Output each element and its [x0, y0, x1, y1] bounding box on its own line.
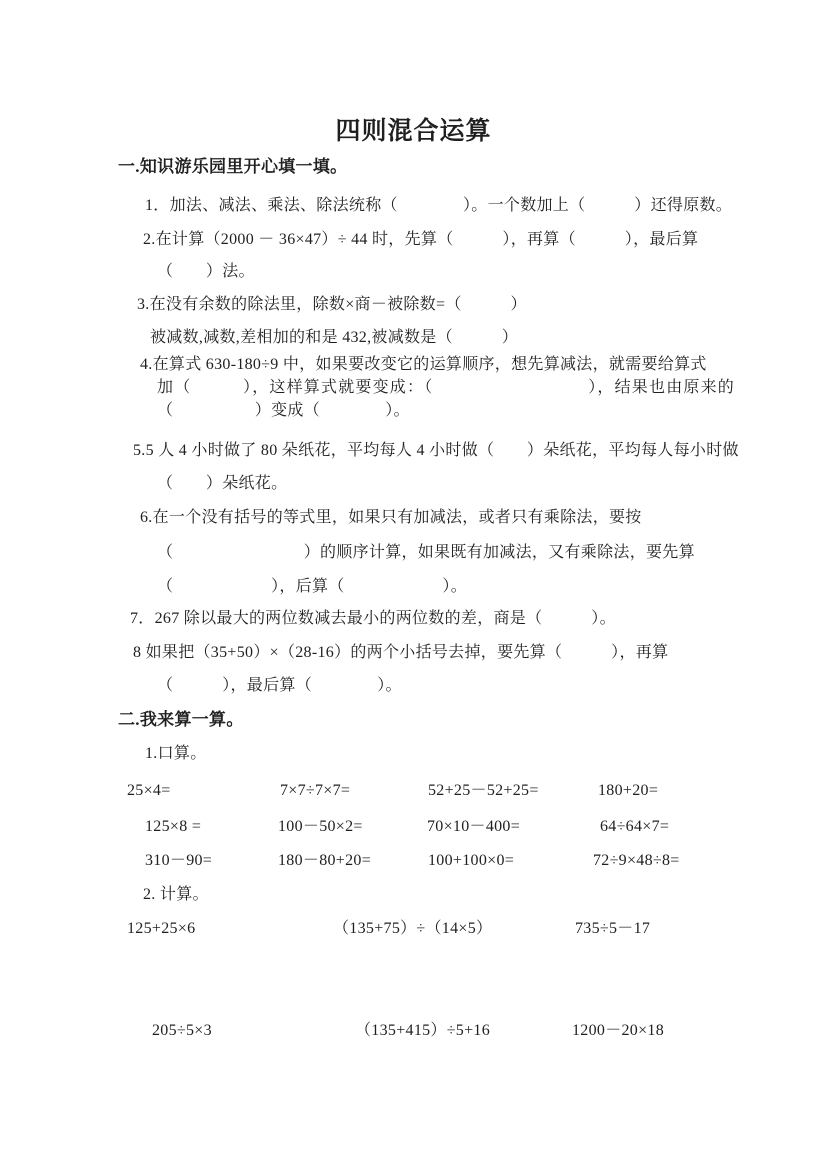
oral-problem: 25×4=	[127, 781, 171, 801]
fill-item-4-line-1: 4.在算式 630-180÷9 中，如果要改变它的运算顺序，想先算减法，就需要给…	[140, 355, 707, 375]
calc-problem: （135+75）÷（14×5）	[333, 919, 492, 939]
oral-problem: 100+100×0=	[428, 851, 514, 871]
calc-problem: 205÷5×3	[152, 1021, 212, 1041]
fill-item-1: 1．加法、减法、乘法、除法统称（ ）。一个数加上（ ）还得原数。	[145, 196, 732, 216]
section1-heading: 一.知识游乐园里开心填一填。	[118, 157, 347, 177]
oral-problem: 180+20=	[598, 781, 658, 801]
worksheet-page: 四则混合运算 一.知识游乐园里开心填一填。 1．加法、减法、乘法、除法统称（ ）…	[0, 0, 827, 1169]
fill-item-7: 7．267 除以最大的两位数减去最小的两位数的差，商是（ ）。	[130, 609, 616, 629]
calc-problem: （135+415）÷5+16	[355, 1021, 490, 1041]
fill-item-6-line-3: （ ），后算（ ）。	[157, 577, 467, 597]
fill-item-2-line-2: （ ）法。	[157, 262, 255, 282]
fill-item-2-line-1: 2.在计算（2000 － 36×47）÷ 44 时，先算（ ），再算（ ），最后…	[143, 230, 698, 250]
fill-item-5-line-2: （ ）朵纸花。	[157, 474, 287, 494]
oral-calc-label: 1.口算。	[145, 744, 207, 764]
fill-item-3-line-1: 3.在没有余数的除法里，除数×商－被除数=（ ）	[137, 295, 527, 315]
oral-problem: 72÷9×48÷8=	[593, 851, 680, 871]
section2-heading: 二.我来算一算。	[118, 710, 244, 730]
fill-item-5-line-1: 5.5 人 4 小时做了 80 朵纸花，平均每人 4 小时做（ ）朵纸花，平均每…	[133, 441, 739, 461]
calc-problem: 1200－20×18	[572, 1021, 664, 1041]
oral-problem: 52+25－52+25=	[428, 781, 539, 801]
oral-problem: 7×7÷7×7=	[280, 781, 350, 801]
calc-problem: 735÷5－17	[575, 919, 650, 939]
page-title: 四则混合运算	[0, 111, 827, 147]
fill-item-6-line-1: 6.在一个没有括号的等式里，如果只有加减法，或者只有乘除法，要按	[140, 508, 642, 528]
oral-problem: 125×8 =	[145, 817, 201, 837]
fill-item-4-line-3: （ ）变成（ ）。	[157, 401, 410, 421]
oral-problem: 310－90=	[145, 851, 212, 871]
oral-problem: 64÷64×7=	[600, 817, 669, 837]
calc-problem: 125+25×6	[127, 919, 195, 939]
fill-item-4-line-2: 加（ ），这样算式就要变成：（ ），结果也由原来的	[157, 378, 735, 398]
written-calc-label: 2. 计算。	[143, 885, 209, 905]
oral-problem: 70×10－400=	[427, 817, 520, 837]
fill-item-6-line-2: （ ）的顺序计算，如果既有加减法，又有乘除法，要先算	[157, 543, 695, 563]
oral-problem: 100－50×2=	[278, 817, 363, 837]
fill-item-8-line-1: 8 如果把（35+50）×（28-16）的两个小括号去掉，要先算（ ），再算	[133, 643, 668, 663]
fill-item-8-line-2: （ ），最后算（ ）。	[157, 676, 402, 696]
oral-problem: 180－80+20=	[278, 851, 371, 871]
fill-item-3-line-2: 被减数,减数,差相加的和是 432,被减数是（ ）	[150, 328, 518, 348]
